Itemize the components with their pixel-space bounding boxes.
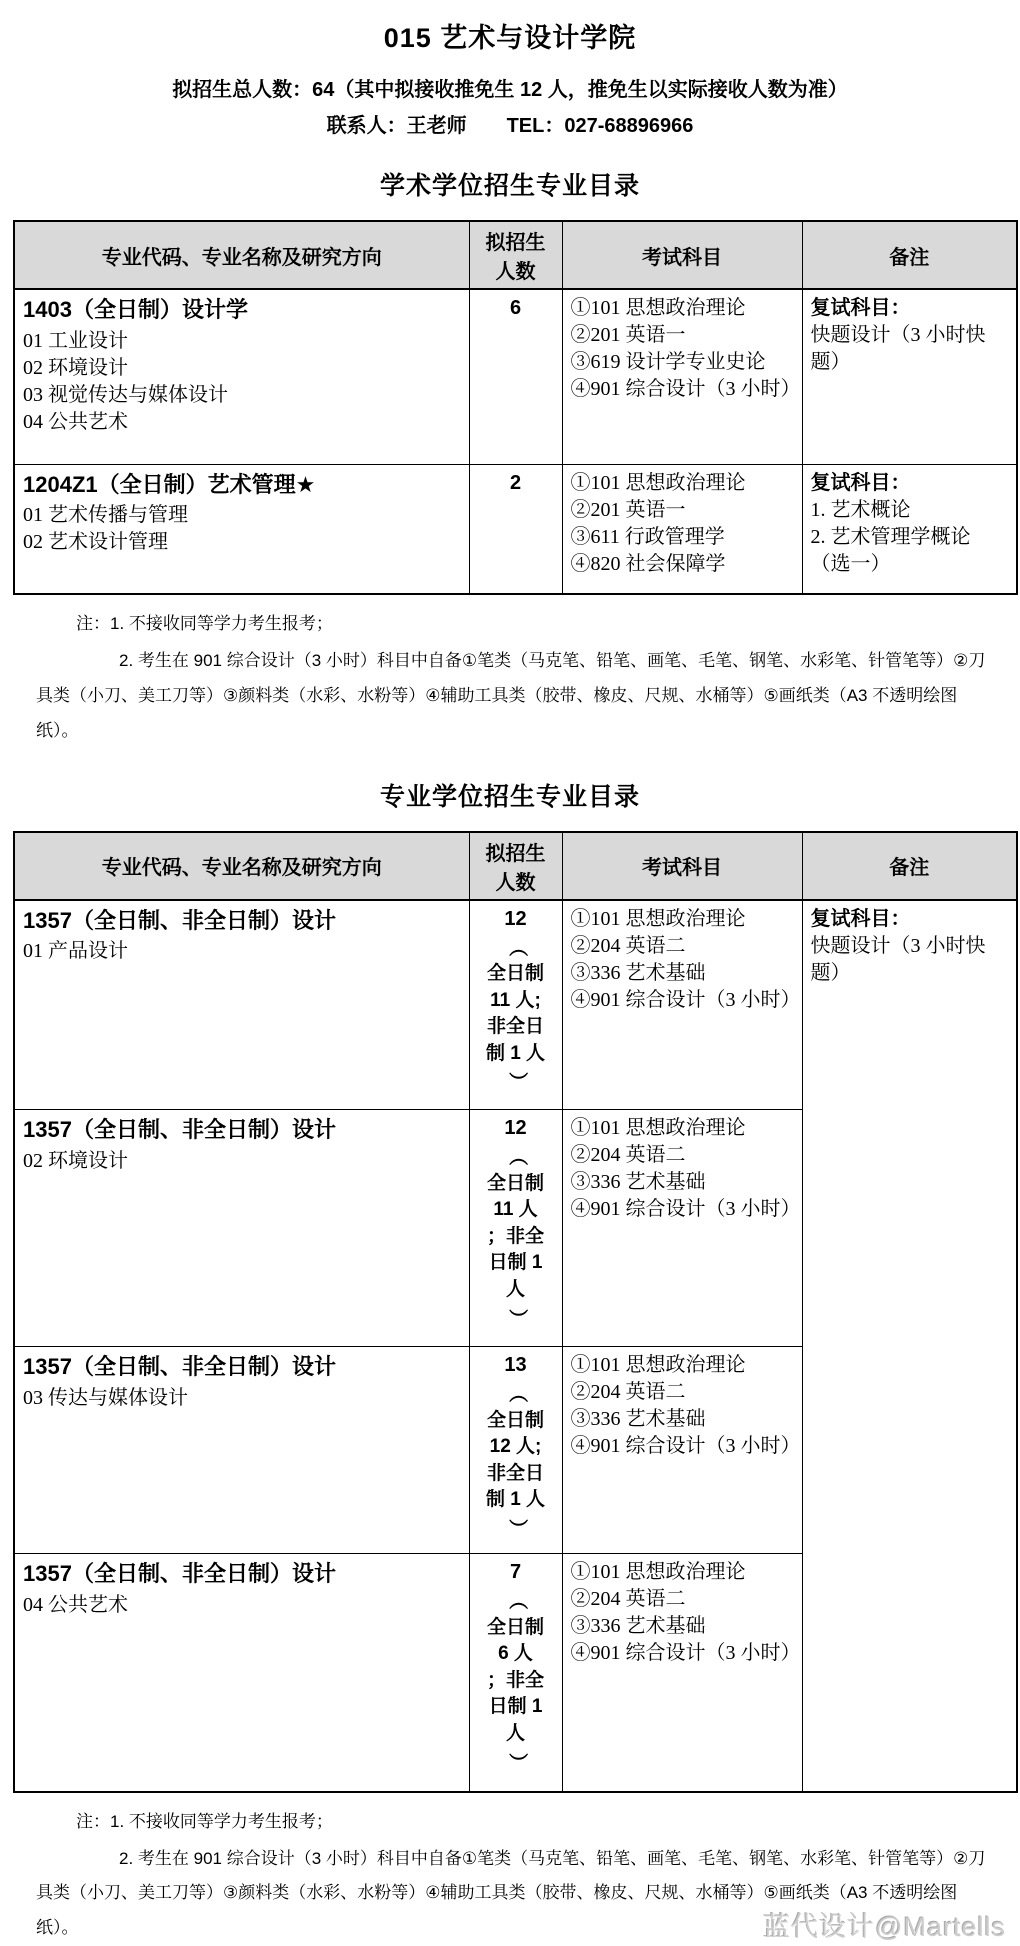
remark-body: 快题设计（3 小时快题） (811, 324, 986, 373)
research-directions: 01 艺术传播与管理 02 艺术设计管理 (23, 502, 461, 556)
professional-table: 专业代码、专业名称及研究方向 拟招生 人数 考试科目 备注 1357（全日制、非… (13, 831, 1018, 1793)
research-directions: 01 产品设计 (23, 938, 461, 965)
col-header-quota: 拟招生 人数 (469, 221, 562, 289)
watermark: 蓝代设计@Martells (763, 1905, 1006, 1944)
vertical-paren-open: （ (501, 1118, 530, 1194)
major-title: 1357（全日制、非全日制）设计 (23, 1352, 461, 1383)
major-title: 1357（全日制、非全日制）设计 (23, 906, 461, 937)
quota-value: 6 (478, 295, 554, 322)
remark-title: 复试科目： (811, 470, 1009, 497)
note-line-1: 注：1. 不接收同等学力考生报考； (76, 1807, 990, 1832)
remark-title: 复试科目： (811, 906, 1009, 933)
remark-title: 复试科目： (811, 295, 1009, 322)
professional-row-01: 1357（全日制、非全日制）设计 01 产品设计 12 （ 全日制 11 人; … (14, 900, 1017, 1110)
section-title-professional: 专业学位招生专业目录 (0, 777, 1020, 813)
col-header-remarks: 备注 (802, 221, 1017, 289)
professional-header-row: 专业代码、专业名称及研究方向 拟招生 人数 考试科目 备注 (14, 832, 1017, 900)
research-directions: 04 公共艺术 (23, 1592, 461, 1619)
col-header-major: 专业代码、专业名称及研究方向 (14, 221, 469, 289)
major-title: 1357（全日制、非全日制）设计 (23, 1559, 461, 1590)
col-header-subjects: 考试科目 (562, 832, 802, 900)
note-line-2: 2. 考生在 901 综合设计（3 小时）科目中自备①笔类（马克笔、铅笔、画笔、… (36, 644, 990, 749)
research-directions: 01 工业设计 02 环境设计 03 视觉传达与媒体设计 04 公共艺术 (23, 328, 461, 436)
page-title: 015 艺术与设计学院 (0, 16, 1020, 55)
vertical-paren-open: （ (501, 1355, 530, 1431)
section-title-academic: 学术学位招生专业目录 (0, 166, 1020, 202)
note-line-1: 注：1. 不接收同等学力考生报考； (76, 609, 990, 634)
quota-value: 2 (478, 470, 554, 497)
research-directions: 03 传达与媒体设计 (23, 1385, 461, 1412)
col-header-quota: 拟招生 人数 (469, 832, 562, 900)
col-header-major: 专业代码、专业名称及研究方向 (14, 832, 469, 900)
major-title: 1204Z1（全日制）艺术管理★ (23, 470, 461, 501)
exam-subjects: ①101 思想政治理论 ②204 英语二 ③336 艺术基础 ④901 综合设计… (571, 1115, 794, 1223)
remark-body: 快题设计（3 小时快题） (811, 935, 986, 984)
vertical-paren-close: ） (501, 1490, 530, 1566)
exam-subjects: ①101 思想政治理论 ②201 英语一 ③619 设计学专业史论 ④901 综… (571, 295, 794, 403)
academic-row-1204Z1: 1204Z1（全日制）艺术管理★ 01 艺术传播与管理 02 艺术设计管理 2 … (14, 464, 1017, 594)
academic-table: 专业代码、专业名称及研究方向 拟招生 人数 考试科目 备注 1403（全日制）设… (13, 220, 1018, 595)
academic-notes: 注：1. 不接收同等学力考生报考； 2. 考生在 901 综合设计（3 小时）科… (36, 609, 990, 749)
major-title: 1403（全日制）设计学 (23, 295, 461, 326)
major-title: 1357（全日制、非全日制）设计 (23, 1115, 461, 1146)
enrollment-summary: 拟招生总人数：64（其中拟接收推免生 12 人，推免生以实际接收人数为准） (0, 73, 1020, 102)
academic-row-1403: 1403（全日制）设计学 01 工业设计 02 环境设计 03 视觉传达与媒体设… (14, 289, 1017, 464)
exam-subjects: ①101 思想政治理论 ②201 英语一 ③611 行政管理学 ④820 社会保… (571, 470, 794, 578)
exam-subjects: ①101 思想政治理论 ②204 英语二 ③336 艺术基础 ④901 综合设计… (571, 1559, 794, 1667)
research-directions: 02 环境设计 (23, 1148, 461, 1175)
vertical-paren-close: ） (501, 1280, 530, 1356)
merged-remark-cell: 复试科目： 快题设计（3 小时快题） (802, 900, 1017, 1792)
exam-subjects: ①101 思想政治理论 ②204 英语二 ③336 艺术基础 ④901 综合设计… (571, 1352, 794, 1460)
vertical-paren-open: （ (501, 1562, 530, 1638)
col-header-remarks: 备注 (802, 832, 1017, 900)
exam-subjects: ①101 思想政治理论 ②204 英语二 ③336 艺术基础 ④901 综合设计… (571, 906, 794, 1014)
remark-body: 1. 艺术概论 2. 艺术管理学概论 （选一） (811, 499, 971, 575)
contact-line: 联系人：王老师 TEL：027-68896966 (0, 109, 1020, 138)
vertical-paren-close: ） (501, 1724, 530, 1800)
academic-header-row: 专业代码、专业名称及研究方向 拟招生 人数 考试科目 备注 (14, 221, 1017, 289)
vertical-paren-close: ） (501, 1044, 530, 1120)
col-header-subjects: 考试科目 (562, 221, 802, 289)
vertical-paren-open: （ (501, 909, 530, 985)
